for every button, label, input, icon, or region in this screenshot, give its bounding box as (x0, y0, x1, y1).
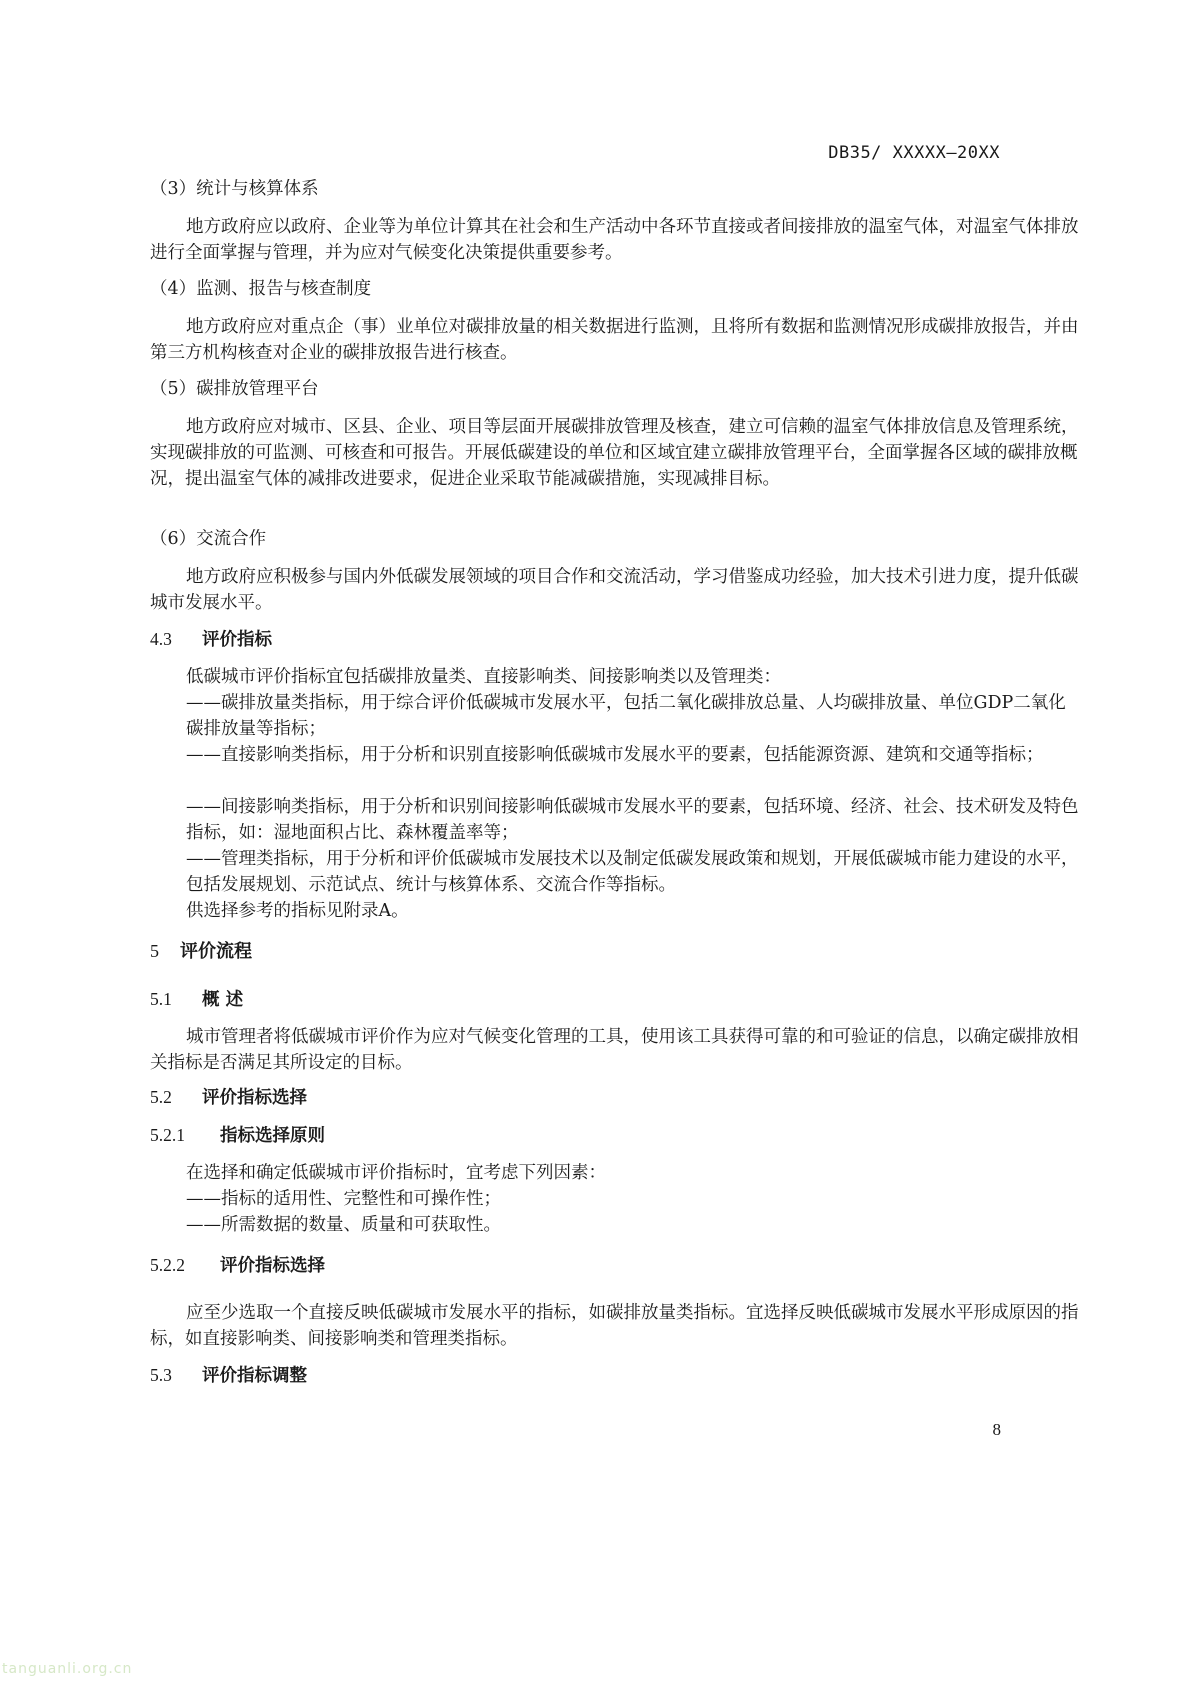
c43-item: ——间接影响类指标，用于分析和识别间接影响低碳城市发展水平的要素，包括环境、经济… (150, 794, 1080, 846)
clause-number: 5.3 (150, 1362, 202, 1388)
clause-number: 5.2 (150, 1084, 202, 1110)
s4-body: 地方政府应对重点企（事）业单位对碳排放量的相关数据进行监测，且将所有数据和监测情… (150, 314, 1080, 366)
c51-body: 城市管理者将低碳城市评价作为应对气候变化管理的工具，使用该工具获得可靠的和可验证… (150, 1024, 1080, 1076)
s6-body: 地方政府应积极参与国内外低碳发展领域的项目合作和交流活动，学习借鉴成功经验，加大… (150, 564, 1080, 616)
clause-5-1-heading: 5.1概 述 (150, 986, 1080, 1013)
clause-title: 评价指标选择 (202, 1088, 307, 1108)
c43-reference: 供选择参考的指标见附录A。 (150, 898, 1080, 924)
clause-number: 5.2.1 (150, 1122, 220, 1148)
s6-title: （6）交流合作 (150, 526, 1080, 552)
c43-item: ——碳排放量类指标，用于综合评价低碳城市发展水平，包括二氧化碳排放总量、人均碳排… (150, 690, 1080, 742)
c43-item: ——管理类指标，用于分析和评价低碳城市发展技术以及制定低碳发展政策和规划，开展低… (150, 846, 1080, 898)
clause-title: 评价指标 (202, 630, 272, 650)
clause-number: 5.1 (150, 986, 202, 1012)
s4-title: （4）监测、报告与核查制度 (150, 276, 1080, 302)
clause-title: 评价指标调整 (202, 1366, 307, 1386)
c521-intro: 在选择和确定低碳城市评价指标时，宜考虑下列因素： (150, 1160, 1080, 1186)
c43-intro: 低碳城市评价指标宜包括碳排放量类、直接影响类、间接影响类以及管理类： (150, 664, 1080, 690)
c43-item: ——直接影响类指标，用于分析和识别直接影响低碳城市发展水平的要素，包括能源资源、… (150, 742, 1080, 768)
clause-5-2-heading: 5.2评价指标选择 (150, 1084, 1080, 1111)
s3-title: （3）统计与核算体系 (150, 176, 1080, 202)
document-code-header: DB35/ XXXXX—20XX (828, 143, 1000, 163)
clause-title: 指标选择原则 (220, 1126, 325, 1146)
clause-5-3-heading: 5.3评价指标调整 (150, 1362, 1080, 1389)
clause-number: 5.2.2 (150, 1252, 220, 1278)
watermark: tanguanli.org.cn (2, 1661, 132, 1677)
s5-title: （5）碳排放管理平台 (150, 376, 1080, 402)
clause-title: 评价流程 (180, 941, 252, 962)
c522-body: 应至少选取一个直接反映低碳城市发展水平的指标，如碳排放量类指标。宜选择反映低碳城… (150, 1300, 1080, 1352)
clause-title: 评价指标选择 (220, 1256, 325, 1276)
clause-5-2-2-heading: 5.2.2评价指标选择 (150, 1252, 1080, 1279)
clause-number: 4.3 (150, 626, 202, 652)
c521-item: ——所需数据的数量、质量和可获取性。 (150, 1212, 1080, 1238)
clause-5-2-1-heading: 5.2.1指标选择原则 (150, 1122, 1080, 1149)
clause-number: 5 (150, 938, 180, 964)
clause-5-heading: 5评价流程 (150, 938, 1080, 965)
page-number: 8 (993, 1420, 1002, 1440)
c521-item: ——指标的适用性、完整性和可操作性； (150, 1186, 1080, 1212)
s5-body: 地方政府应对城市、区县、企业、项目等层面开展碳排放管理及核查，建立可信赖的温室气… (150, 414, 1080, 492)
clause-4-3-heading: 4.3评价指标 (150, 626, 1080, 653)
s3-body: 地方政府应以政府、企业等为单位计算其在社会和生产活动中各环节直接或者间接排放的温… (150, 214, 1080, 266)
clause-title: 概 述 (202, 990, 243, 1010)
